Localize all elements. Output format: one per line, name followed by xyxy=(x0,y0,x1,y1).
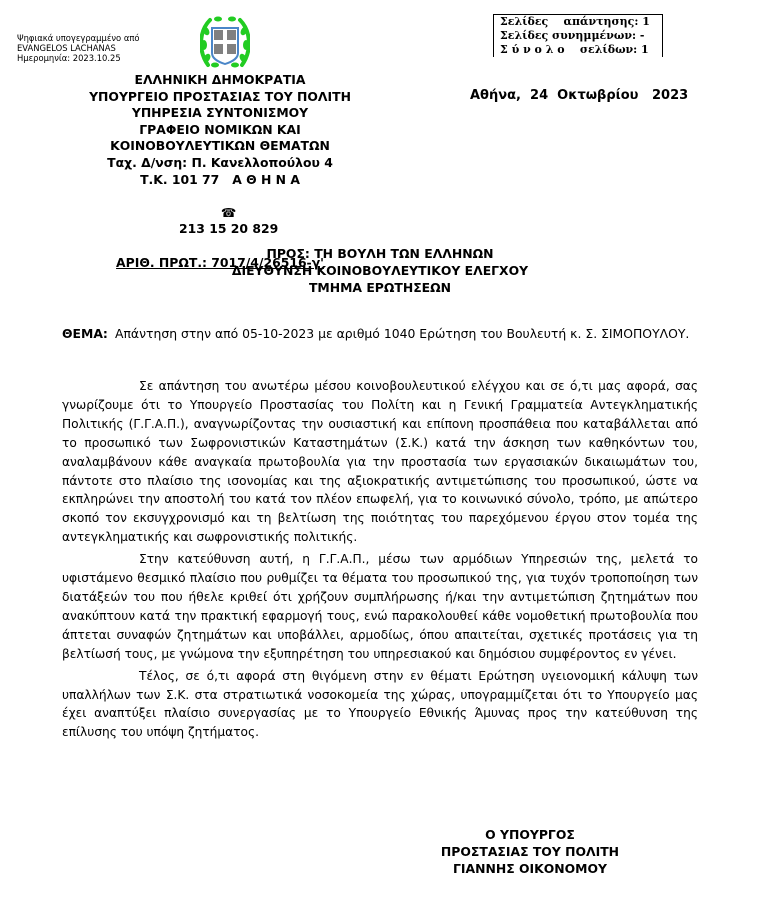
digital-signature-date: Ημερομηνία: 2023.10.25 xyxy=(17,53,140,63)
header-line: ΕΛΛΗΝΙΚΗ ΔΗΜΟΚΡΑΤΙΑ xyxy=(60,72,380,89)
signature-name: ΓΙΑΝΝΗΣ ΟΙΚΟΝΟΜΟΥ xyxy=(415,860,645,877)
sender-header: ΕΛΛΗΝΙΚΗ ΔΗΜΟΚΡΑΤΙΑ ΥΠΟΥΡΓΕΙΟ ΠΡΟΣΤΑΣΙΑΣ… xyxy=(60,72,380,271)
header-line: ΥΠΗΡΕΣΙΑ ΣΥΝΤΟΝΙΣΜΟΥ xyxy=(60,105,380,122)
subject-label: ΘΕΜΑ: xyxy=(62,324,108,344)
pages-total: Σ ύ ν ο λ ο σελίδων: 1 xyxy=(500,43,662,57)
header-line: ΓΡΑΦΕΙΟ ΝΟΜΙΚΩΝ ΚΑΙ xyxy=(60,122,380,139)
signature-ministry: ΠΡΟΣΤΑΣΙΑΣ ΤΟΥ ΠΟΛΙΤΗ xyxy=(415,843,645,860)
header-phone: 213 15 20 829 xyxy=(179,221,278,236)
body-paragraph: Σε απάντηση του ανωτέρω μέσου κοινοβουλε… xyxy=(62,377,698,547)
body-paragraph: Στην κατεύθυνση αυτή, η Γ.Γ.Α.Π., μέσω τ… xyxy=(62,550,698,663)
signature-block: Ο ΥΠΟΥΡΓΟΣ ΠΡΟΣΤΑΣΙΑΣ ΤΟΥ ΠΟΛΙΤΗ ΓΙΑΝΝΗΣ… xyxy=(415,826,645,877)
recipient-line: ΤΜΗΜΑ ΕΡΩΤΗΣΕΩΝ xyxy=(180,279,580,296)
header-line: ΚΟΙΝΟΒΟΥΛΕΥΤΙΚΩΝ ΘΕΜΑΤΩΝ xyxy=(60,138,380,155)
header-address: Ταχ. Δ/νση: Π. Κανελλοπούλου 4 xyxy=(60,155,380,172)
digital-signature-stamp: Ψηφιακά υπογεγραμμένο από EVANGELOS LACH… xyxy=(17,33,140,63)
recipient-block: ΠΡΟΣ: ΤΗ ΒΟΥΛΗ ΤΩΝ ΕΛΛΗΝΩΝ ΔΙΕΥΘΥΝΣΗ ΚΟΙ… xyxy=(180,245,580,296)
pages-count-box: Σελίδες απάντησης: 1 Σελίδες συνημμένων:… xyxy=(493,14,663,57)
digital-signature-label: Ψηφιακά υπογεγραμμένο από xyxy=(17,33,140,43)
pages-answer: Σελίδες απάντησης: 1 xyxy=(500,15,662,29)
header-postal-code: Τ.Κ. 101 77 Α Θ Η Ν Α xyxy=(60,172,380,189)
telephone-icon: ☎ xyxy=(221,205,236,220)
recipient-line: ΔΙΕΥΘΥΝΣΗ ΚΟΙΝΟΒΟΥΛΕΥΤΙΚΟΥ ΕΛΕΓΧΟΥ xyxy=(180,262,580,279)
pages-attachments: Σελίδες συνημμένων: - xyxy=(500,29,662,43)
header-line: ΥΠΟΥΡΓΕΙΟ ΠΡΟΣΤΑΣΙΑΣ ΤΟΥ ΠΟΛΙΤΗ xyxy=(60,89,380,106)
document-date: Αθήνα, 24 Οκτωβρίου 2023 xyxy=(470,88,688,103)
body-paragraph: Τέλος, σε ό,τι αφορά στη θιγόμενη στην ε… xyxy=(62,667,698,743)
recipient-line: ΠΡΟΣ: ΤΗ ΒΟΥΛΗ ΤΩΝ ΕΛΛΗΝΩΝ xyxy=(180,245,580,262)
greek-coat-of-arms-icon xyxy=(200,15,250,70)
subject-text: Απάντηση στην από 05-10-2023 με αριθμό 1… xyxy=(115,324,698,344)
digital-signature-signer: EVANGELOS LACHANAS xyxy=(17,43,140,53)
letter-body: Σε απάντηση του ανωτέρω μέσου κοινοβουλε… xyxy=(62,377,698,745)
subject-block: ΘΕΜΑ: Απάντηση στην από 05-10-2023 με αρ… xyxy=(62,324,698,344)
signature-title: Ο ΥΠΟΥΡΓΟΣ xyxy=(415,826,645,843)
